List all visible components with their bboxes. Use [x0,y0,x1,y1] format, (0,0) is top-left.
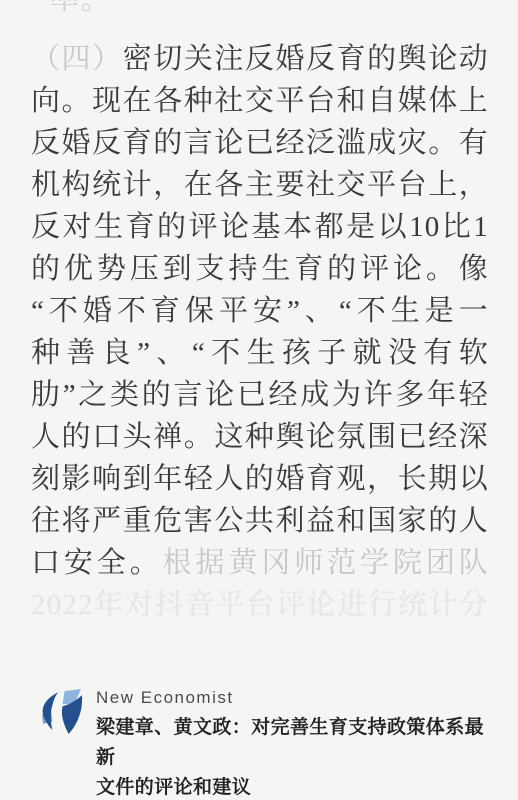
text-line: 向。现在各种社交平台和自媒体上 [31,80,489,122]
body-text: 机构统计，在各主要社交平台上， [31,169,489,201]
article-body: （四）密切关注反婚反育的舆论动向。现在各种社交平台和自媒体上反婚反育的言论已经泛… [31,38,489,626]
faded-text: （四） [31,43,123,75]
body-text: 反对生育的评论基本都是以10比1 [31,211,489,243]
brand-name: New Economist [96,688,489,708]
text-line: 2022年对抖音平台评论进行统计分 [31,584,489,626]
body-text: 口安全。 [31,547,163,579]
article-title-line2: 文件的评论和建议 [96,773,489,800]
body-text: 刻影响到年轻人的婚育观，长期以 [31,463,489,495]
previous-paragraph-cut-text: 率。 [50,0,112,15]
text-line: 往将严重危害公共利益和国家的人 [31,500,489,542]
body-text: 人的口头禅。这种舆论氛围已经深 [31,421,489,453]
body-text: 种善良”、“不生孩子就没有软 [31,337,489,369]
footer-text: New Economist 梁建章、黄文政：对完善生育支持政策体系最新 文件的评… [96,686,489,800]
text-line: 反对生育的评论基本都是以10比1 [31,206,489,248]
text-line: 人的口头禅。这种舆论氛围已经深 [31,416,489,458]
body-text: 肋”之类的言论已经成为许多年轻 [31,379,489,411]
faded-text: 2022年对抖音平台评论进行统计分 [31,589,489,621]
text-line: “不婚不育保平安”、“不生是一 [31,290,489,332]
text-line: 机构统计，在各主要社交平台上， [31,164,489,206]
faded-text: 根据黄冈师范学院团队 [163,547,489,579]
article-title: 梁建章、黄文政：对完善生育支持政策体系最新 文件的评论和建议 [96,713,489,800]
text-line: 反婚反育的言论已经泛滥成灾。有 [31,122,489,164]
body-text: 密切关注反婚反育的舆论动 [123,43,489,75]
article-share-card: 率。 （四）密切关注反婚反育的舆论动向。现在各种社交平台和自媒体上反婚反育的言论… [0,0,518,800]
body-text: “不婚不育保平安”、“不生是一 [31,295,489,327]
article-title-line1: 梁建章、黄文政：对完善生育支持政策体系最新 [96,713,489,773]
body-text: 往将严重危害公共利益和国家的人 [31,505,489,537]
new-economist-logo-icon [37,688,84,735]
body-text: 的优势压到支持生育的评论。像 [31,253,489,285]
body-text: 向。现在各种社交平台和自媒体上 [31,85,489,117]
text-line: 刻影响到年轻人的婚育观，长期以 [31,458,489,500]
text-line: 的优势压到支持生育的评论。像 [31,248,489,290]
source-link-card[interactable]: New Economist 梁建章、黄文政：对完善生育支持政策体系最新 文件的评… [37,686,489,800]
text-line: 肋”之类的言论已经成为许多年轻 [31,374,489,416]
text-line: 种善良”、“不生孩子就没有软 [31,332,489,374]
text-line: （四）密切关注反婚反育的舆论动 [31,38,489,80]
text-line: 口安全。根据黄冈师范学院团队 [31,542,489,584]
body-text: 反婚反育的言论已经泛滥成灾。有 [31,127,489,159]
